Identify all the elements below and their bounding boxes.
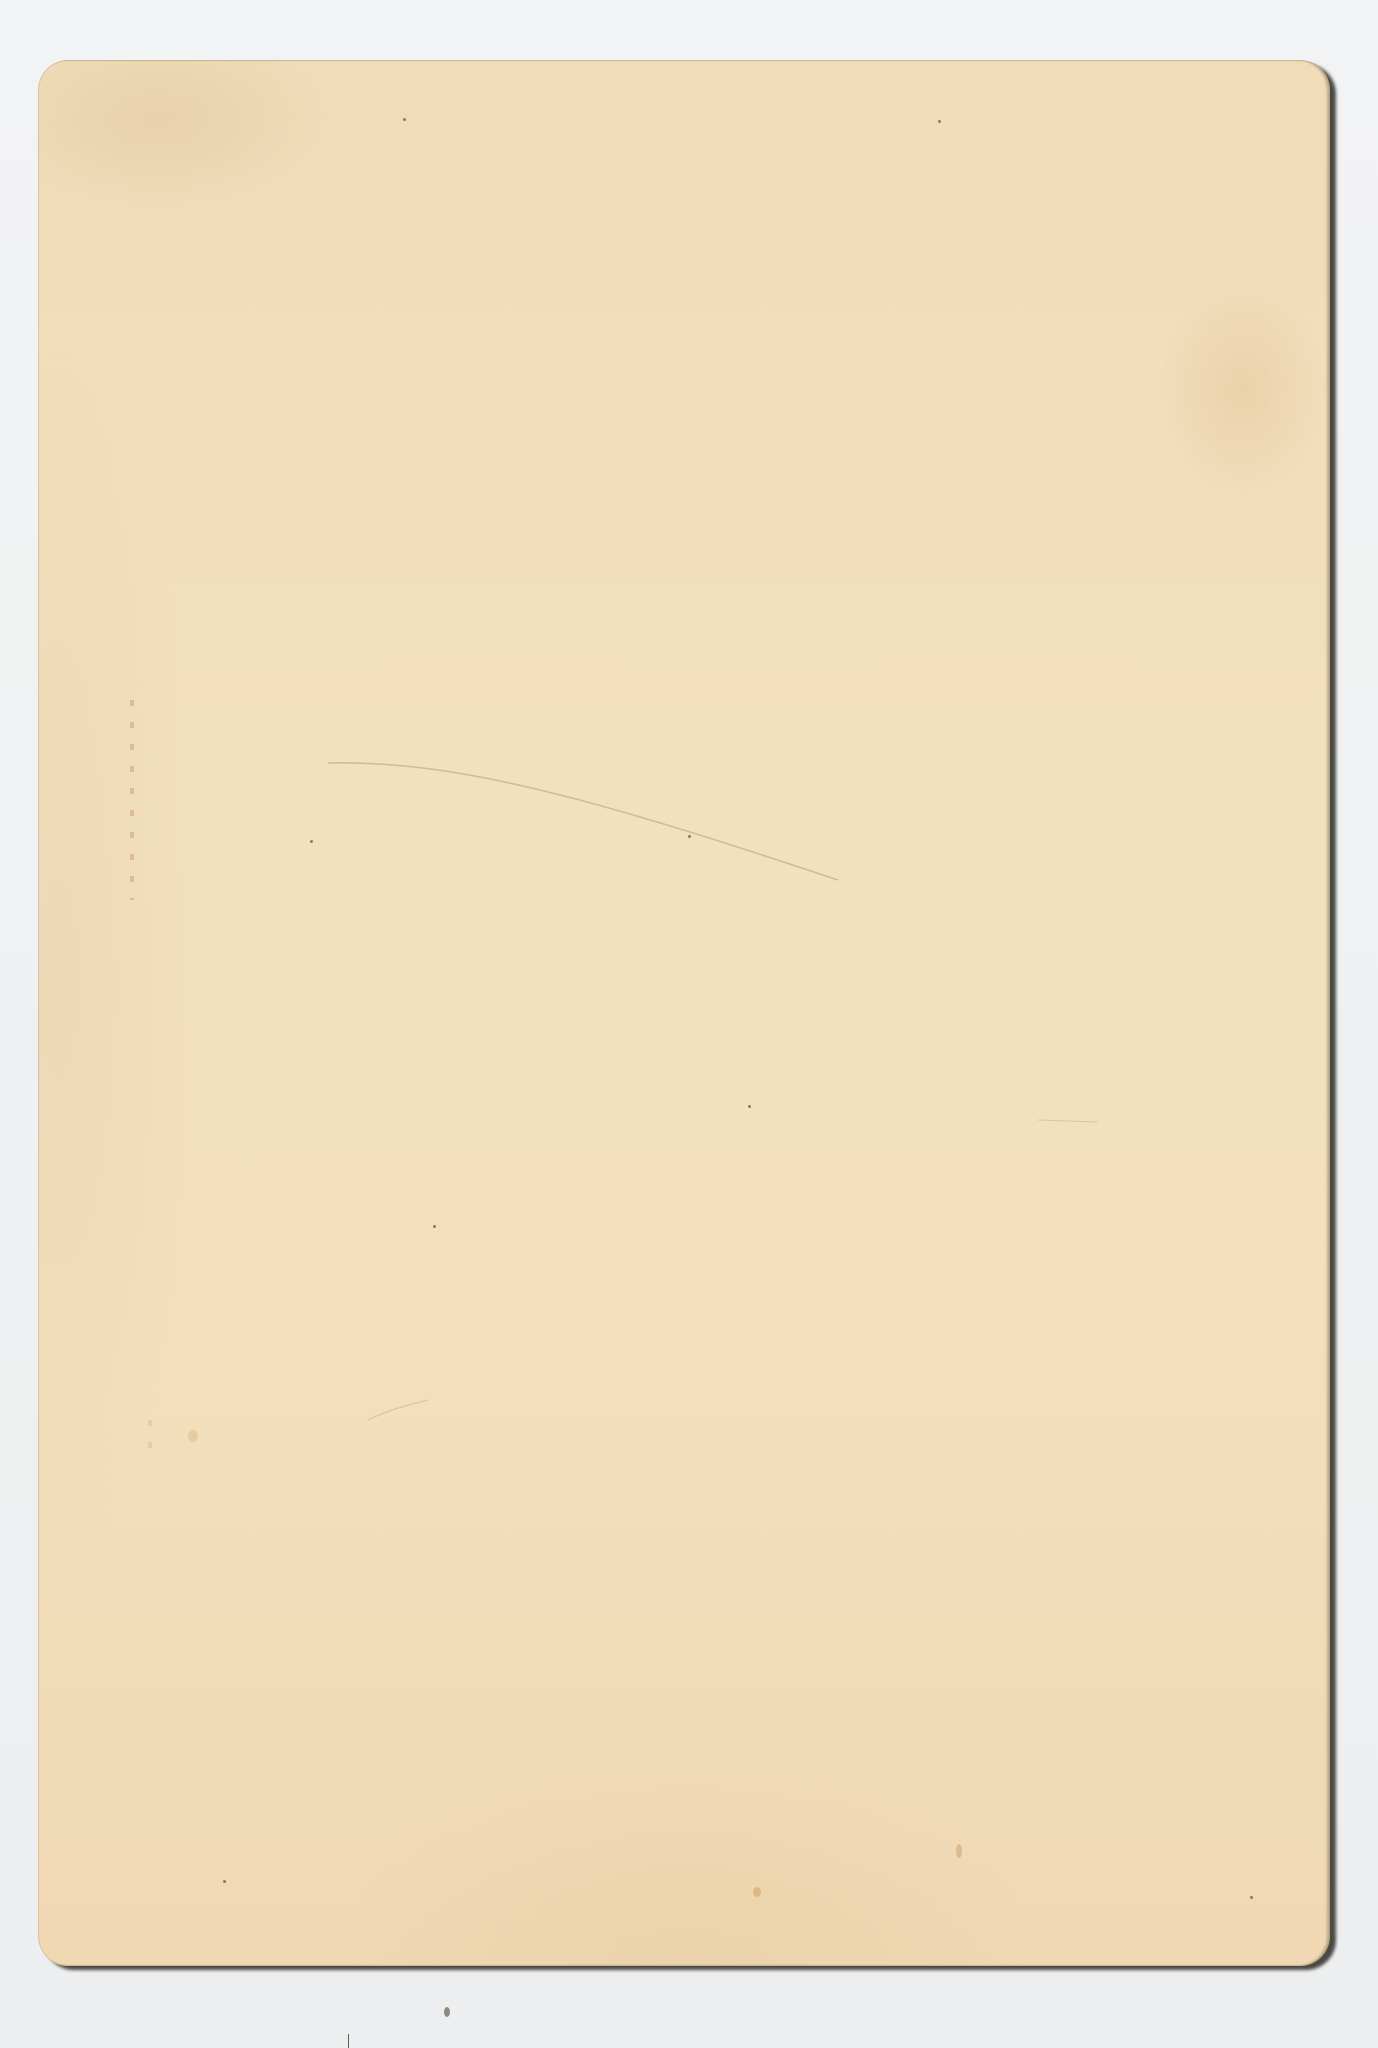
speck: [403, 118, 406, 121]
speck: [748, 1105, 751, 1108]
speck: [1250, 1896, 1253, 1899]
speck: [938, 120, 941, 123]
scanner-dust: [444, 2007, 450, 2017]
speck: [433, 1225, 436, 1228]
paper-scratch: [38, 60, 1330, 1966]
cabinet-card-back: [38, 60, 1330, 1966]
speck: [223, 1880, 226, 1883]
stain-marks: [148, 1420, 152, 1460]
stain-marks: [130, 700, 134, 900]
speck: [310, 840, 313, 843]
foxing-stain: [753, 1887, 761, 1897]
speck: [688, 835, 691, 838]
foxing-stain: [956, 1844, 962, 1858]
foxing-stain: [188, 1430, 198, 1442]
scanner-hair: [348, 2034, 349, 2048]
